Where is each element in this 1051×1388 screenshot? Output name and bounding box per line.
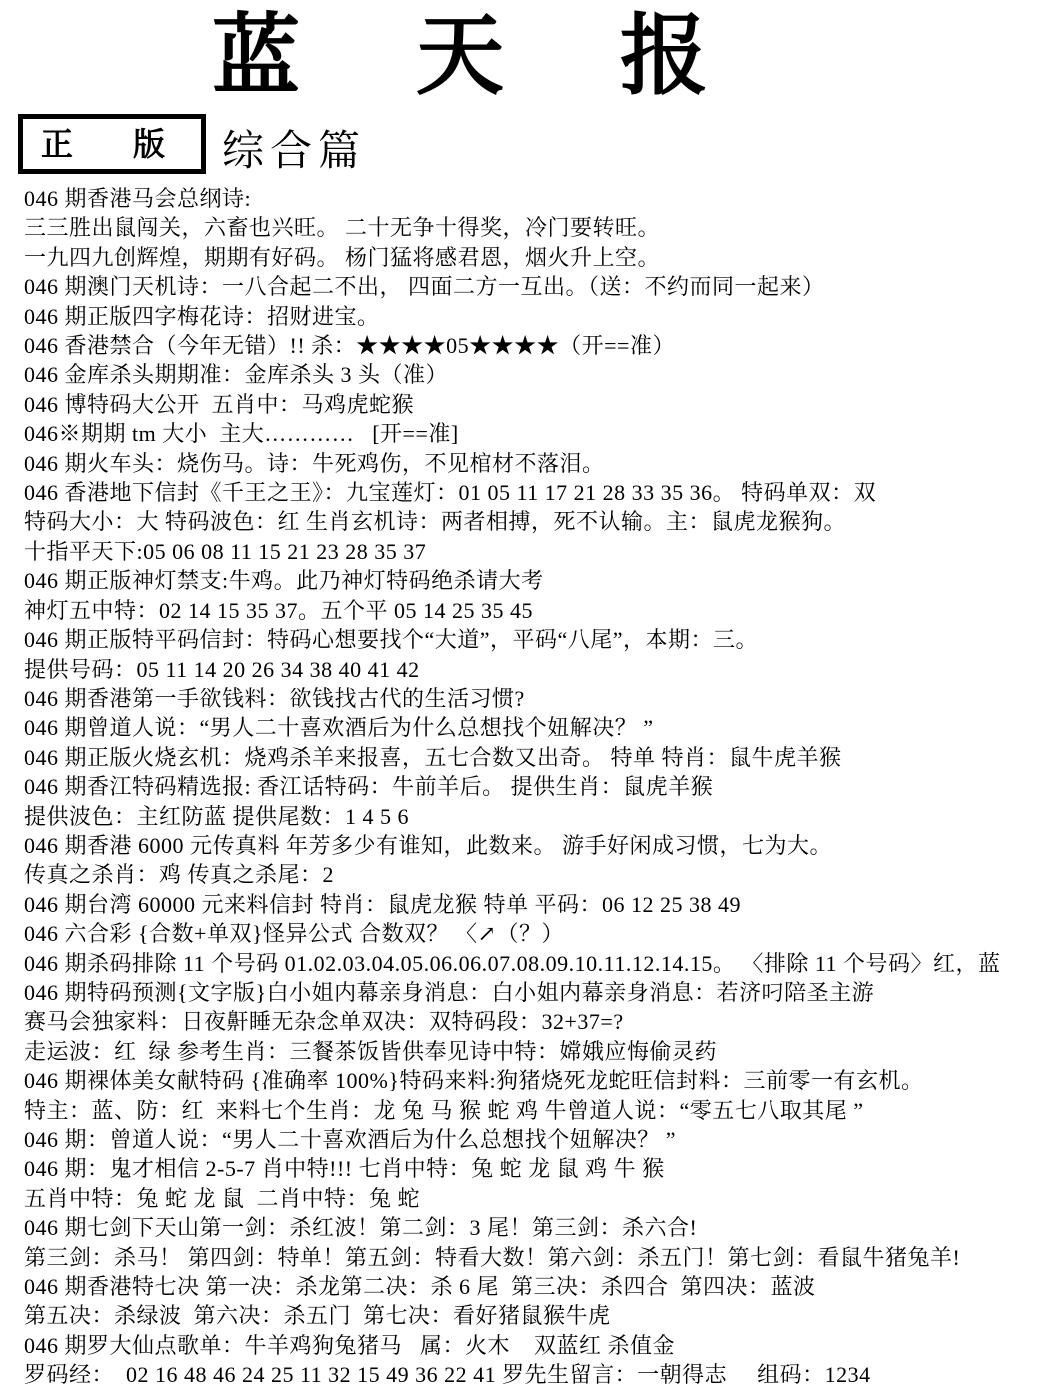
text-line-seven-verdicts-2: 第五决：杀绿波 第六决：杀五门 第七决：看好猪鼠猴牛虎	[24, 1301, 1051, 1330]
text-line-seven-zodiac-tip: 特主：蓝、防：红 来料七个生肖：龙 兔 马 猴 蛇 鸡 牛曾道人说：“零五七八取…	[24, 1096, 1051, 1125]
text-line-seven-swords-2: 第三剑：杀马！ 第四剑：特单！第五剑：特看大数！第六剑：杀五门！第七剑：看鼠牛猪…	[24, 1243, 1051, 1272]
text-line-first-hand-tip: 046 期香港第一手欲钱料：欲钱找古代的生活习惯?	[24, 684, 1051, 713]
text-line-underground-envelope: 046 香港地下信封《千王之王》：九宝莲灯：01 05 11 17 21 28 …	[24, 478, 1051, 507]
text-line-five-two-zodiac-hit: 五肖中特：兔 蛇 龙 鼠 二肖中特：兔 蛇	[24, 1184, 1051, 1213]
text-line-zengdaoren-quote-2: 046 期：曾道人说：“男人二十喜欢酒后为什么总想找个妞解决？ ”	[24, 1125, 1051, 1154]
text-line-luo-code-classic: 罗码经： 02 16 48 46 24 25 11 32 15 49 36 22…	[24, 1360, 1051, 1388]
text-line-plum-poem: 046 期正版四字梅花诗：招财进宝。	[24, 302, 1051, 331]
text-line-poem-2: 一九四九创辉煌，期期有好码。 杨门猛将感君恩，烟火升上空。	[24, 243, 1051, 272]
section-title: 综合篇	[222, 130, 366, 174]
text-line-ghost-talent: 046 期：鬼才相信 2-5-7 肖中特!!! 七肖中特：兔 蛇 龙 鼠 鸡 牛…	[24, 1154, 1051, 1183]
text-line-train-head: 046 期火车头：烧伤马。诗：牛死鸡伤，不见棺材不落泪。	[24, 449, 1051, 478]
text-line-seven-verdicts-1: 046 期香港特七决 第一决：杀龙第二决：杀 6 尾 第三决：杀四合 第四决：蓝…	[24, 1272, 1051, 1301]
text-line-five-zodiac: 046 博特码大公开 五肖中：马鸡虎蛇猴	[24, 390, 1051, 419]
text-line-luodaxian-song: 046 期罗大仙点歌单：牛羊鸡狗兔猪马 属：火木 双蓝红 杀值金	[24, 1331, 1051, 1360]
text-line-poem-1: 三三胜出鼠闯关，六畜也兴旺。 二十无争十得奖，冷门要转旺。	[24, 213, 1051, 242]
text-line-beauty-special-code: 046 期裸体美女献特码 {准确率 100%}特码来料:狗猪烧死龙蛇旺信封料：三…	[24, 1066, 1051, 1095]
text-line-seven-swords-1: 046 期七剑下天山第一剑：杀红波！第二剑：3 尾！第三剑：杀六合!	[24, 1213, 1051, 1242]
subheader: 正 版 综合篇	[18, 108, 1051, 174]
text-line-taiwan-60000: 046 期台湾 60000 元来料信封 特肖：鼠虎龙猴 特单 平码：06 12 …	[24, 890, 1051, 919]
edition-badge: 正 版	[18, 114, 206, 174]
text-line-hk-6000-fax: 046 期香港 6000 元传真料 年芳多少有谁知，此数来。 游手好闲成习惯，七…	[24, 831, 1051, 860]
text-line-exclude-11-numbers: 046 期杀码排除 11 个号码 01.02.03.04.05.06.06.07…	[24, 949, 1051, 978]
content-lines: 046 期香港马会总纲诗: 三三胜出鼠闯关，六畜也兴旺。 二十无争十得奖，冷门要…	[24, 184, 1051, 1388]
text-line-special-flat-envelope: 046 期正版特平码信封：特码心想要找个“大道”，平码“八尾”，本期：三。	[24, 625, 1051, 654]
text-line-xiangjiang-report: 046 期香江特码精选报: 香江话特码：牛前羊后。 提供生肖：鼠虎羊猴	[24, 772, 1051, 801]
text-line-lamp-ban: 046 期正版神灯禁支:牛鸡。此乃神灯特码绝杀请大考	[24, 566, 1051, 595]
text-line-special-size-color: 特码大小：大 特码波色：红 生肖玄机诗：两者相搏，死不认输。主：鼠虎龙猴狗。	[24, 507, 1051, 536]
text-line-lamp-five-hit: 神灯五中特：02 14 15 35 37。五个平 05 14 25 35 45	[24, 596, 1051, 625]
edition-badge-label: 正 版	[41, 127, 191, 161]
text-line-hk-ban-stars: 046 香港禁合（今年无错）!! 杀：★★★★05★★★★（开==准）	[24, 331, 1051, 360]
text-line-macau-poem: 046 期澳门天机诗：一八合起二不出， 四面二方一互出。（送：不约而同一起来）	[24, 272, 1051, 301]
text-line-jockey-club-exclusive: 赛马会独家料：日夜鼾睡无杂念单双决：双特码段：32+37=?	[24, 1007, 1051, 1036]
text-line-tm-size: 046※期期 tm 大小 主大………… [开==准]	[24, 419, 1051, 448]
text-line-treasury-kill: 046 金库杀头期期准：金库杀头 3 头（准）	[24, 360, 1051, 389]
page-title: 蓝天报	[0, 0, 1051, 106]
text-line-baixiaojie-insider: 046 期特码预测{文字版}白小姐内幕亲身消息：白小姐内幕亲身消息：若济叼陪圣主…	[24, 978, 1051, 1007]
text-line-fax-kills: 传真之杀肖：鸡 传真之杀尾：2	[24, 860, 1051, 889]
text-line-mark-six-formula: 046 六合彩 {合数+单双}怪异公式 合数双？ 〈↗（？）	[24, 919, 1051, 948]
text-line-zengdaoren-quote-1: 046 期曾道人说：“男人二十喜欢酒后为什么总想找个妞解决？ ”	[24, 713, 1051, 742]
text-line-ten-fingers: 十指平天下:05 06 08 11 15 21 23 28 35 37	[24, 537, 1051, 566]
text-line-wave-color-tails: 提供波色：主红防蓝 提供尾数：1 4 5 6	[24, 802, 1051, 831]
text-line-provided-numbers: 提供号码：05 11 14 20 26 34 38 40 41 42	[24, 655, 1051, 684]
text-line-masthead-poem-header: 046 期香港马会总纲诗:	[24, 184, 1051, 213]
text-line-lucky-wave: 走运波：红 绿 参考生肖：三餐茶饭皆供奉见诗中特：嫦娥应悔偷灵药	[24, 1037, 1051, 1066]
text-line-fire-mystery: 046 期正版火烧玄机：烧鸡杀羊来报喜，五七合数又出奇。 特单 特肖：鼠牛虎羊猴	[24, 743, 1051, 772]
newspaper-page: 蓝天报 正 版 综合篇 046 期香港马会总纲诗: 三三胜出鼠闯关，六畜也兴旺。…	[0, 0, 1051, 1388]
